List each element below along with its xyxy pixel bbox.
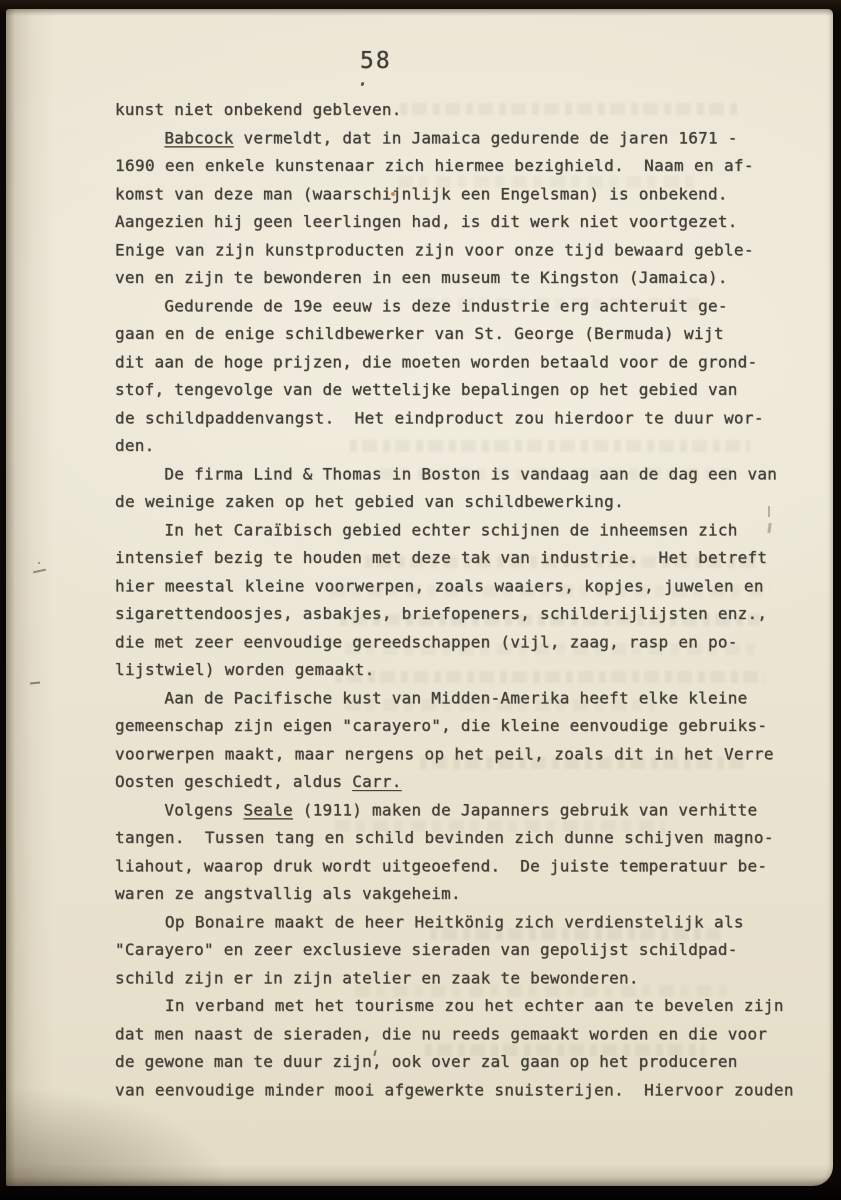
- bleed-through-smudge: [355, 985, 735, 997]
- text-line: de schildpaddenvangst. Het eindproduct z…: [115, 404, 805, 432]
- text-line: Oosten geschiedt, aldus Carr.: [115, 768, 805, 796]
- bleed-through-smudge: [345, 699, 655, 711]
- bleed-through-smudge: [335, 671, 765, 683]
- text-line: Aangezien hij geen leerlingen had, is di…: [115, 208, 805, 236]
- text-segment: van eenvoudige minder mooi afgewerkte sn…: [115, 1080, 794, 1099]
- pencil-dash: [30, 681, 40, 684]
- text-segment: stof, tengevolge van de wettelijke bepal…: [115, 380, 738, 399]
- text-line: In het Caraïbisch gebied echter schijnen…: [115, 516, 805, 544]
- text-segment: Volgens: [115, 800, 243, 819]
- rust-speck: [391, 192, 395, 196]
- underlined-reference: Carr.: [352, 772, 401, 791]
- text-segment: waren ze angstvallig als vakgeheim.: [115, 884, 461, 903]
- page-number: 58: [360, 48, 392, 74]
- typewritten-text: kunst niet onbekend gebleven. Babcock ve…: [115, 96, 805, 1104]
- bleed-through-smudge: [425, 1044, 705, 1056]
- ink-speck: [360, 82, 364, 87]
- scan-background: 58 kunst niet onbekend gebleven. Babcock…: [0, 0, 841, 1200]
- bleed-through-smudge: [380, 468, 730, 480]
- text-segment: "Carayero" en zeer exclusieve sieraden v…: [115, 940, 738, 959]
- text-segment: Enige van zijn kunstproducten zijn voor …: [115, 240, 754, 259]
- text-segment: liahout, waarop druk wordt uitgeoefend. …: [115, 856, 767, 875]
- text-line: stof, tengevolge van de wettelijke bepal…: [115, 376, 805, 404]
- text-line: liahout, waarop druk wordt uitgeoefend. …: [115, 852, 805, 880]
- text-line: waren ze angstvallig als vakgeheim.: [115, 880, 805, 908]
- text-line: dit aan de hoge prijzen, die moeten word…: [115, 348, 805, 376]
- bleed-through-smudge: [420, 757, 750, 769]
- text-line: "Carayero" en zeer exclusieve sieraden v…: [115, 936, 805, 964]
- text-segment: In het Caraïbisch gebied echter schijnen…: [115, 520, 738, 539]
- underlined-reference: Seale: [243, 800, 292, 819]
- margin-tick: [768, 506, 770, 517]
- bleed-through-smudge: [345, 643, 755, 655]
- text-segment: ven en zijn te bewonderen in een museum …: [115, 268, 728, 287]
- bleed-through-smudge: [430, 928, 720, 940]
- text-segment: gemeenschap zijn eigen "carayero", die k…: [115, 716, 767, 735]
- text-segment: (1911) maken de Japanners gebruik van ve…: [293, 800, 758, 819]
- bleed-through-smudge: [400, 103, 740, 115]
- bleed-through-smudge: [365, 556, 755, 568]
- text-line: de weinige zaken op het gebied van schil…: [115, 488, 805, 516]
- text-segment: kunst niet onbekend gebleven.: [115, 100, 402, 119]
- text-segment: den.: [115, 436, 155, 455]
- text-line: van eenvoudige minder mooi afgewerkte sn…: [115, 1076, 805, 1104]
- bleed-through-smudge: [350, 440, 750, 452]
- pencil-dot: [38, 562, 40, 564]
- text-line: gemeenschap zijn eigen "carayero", die k…: [115, 712, 805, 740]
- text-segment: dat men naast de sieraden, die nu reeds …: [115, 1024, 767, 1043]
- bleed-through-smudge: [340, 614, 760, 626]
- text-segment: [115, 128, 164, 147]
- text-line: Babcock vermeldt, dat in Jamaica geduren…: [115, 124, 805, 152]
- text-line: gaan en de enige schildbewerker van St. …: [115, 320, 805, 348]
- text-segment: Oosten geschiedt, aldus: [115, 772, 352, 791]
- text-segment: In verband met het tourisme zou het echt…: [115, 996, 784, 1015]
- text-segment: de schildpaddenvangst. Het eindproduct z…: [115, 408, 764, 427]
- text-line: Enige van zijn kunstproducten zijn voor …: [115, 236, 805, 264]
- text-segment: gaan en de enige schildbewerker van St. …: [115, 324, 724, 343]
- underlined-reference: Babcock: [164, 128, 233, 147]
- text-line: ven en zijn te bewonderen in een museum …: [115, 264, 805, 292]
- text-segment: de weinige zaken op het gebied van schil…: [115, 492, 624, 511]
- page-edge-stack: [805, 9, 833, 1186]
- bleed-through-smudge: [330, 585, 770, 597]
- text-segment: Aangezien hij geen leerlingen had, is di…: [115, 212, 738, 231]
- book-page: 58 kunst niet onbekend gebleven. Babcock…: [6, 9, 833, 1186]
- bleed-through-smudge: [335, 820, 665, 832]
- text-segment: 1690 een enkele kunstenaar zich hiermee …: [115, 156, 754, 175]
- bleed-through-smudge: [398, 176, 698, 188]
- text-segment: vermeldt, dat in Jamaica gedurende de ja…: [234, 128, 738, 147]
- bleed-through-smudge: [420, 298, 700, 310]
- text-segment: dit aan de hoge prijzen, die moeten word…: [115, 352, 757, 371]
- pencil-dash: [33, 569, 46, 574]
